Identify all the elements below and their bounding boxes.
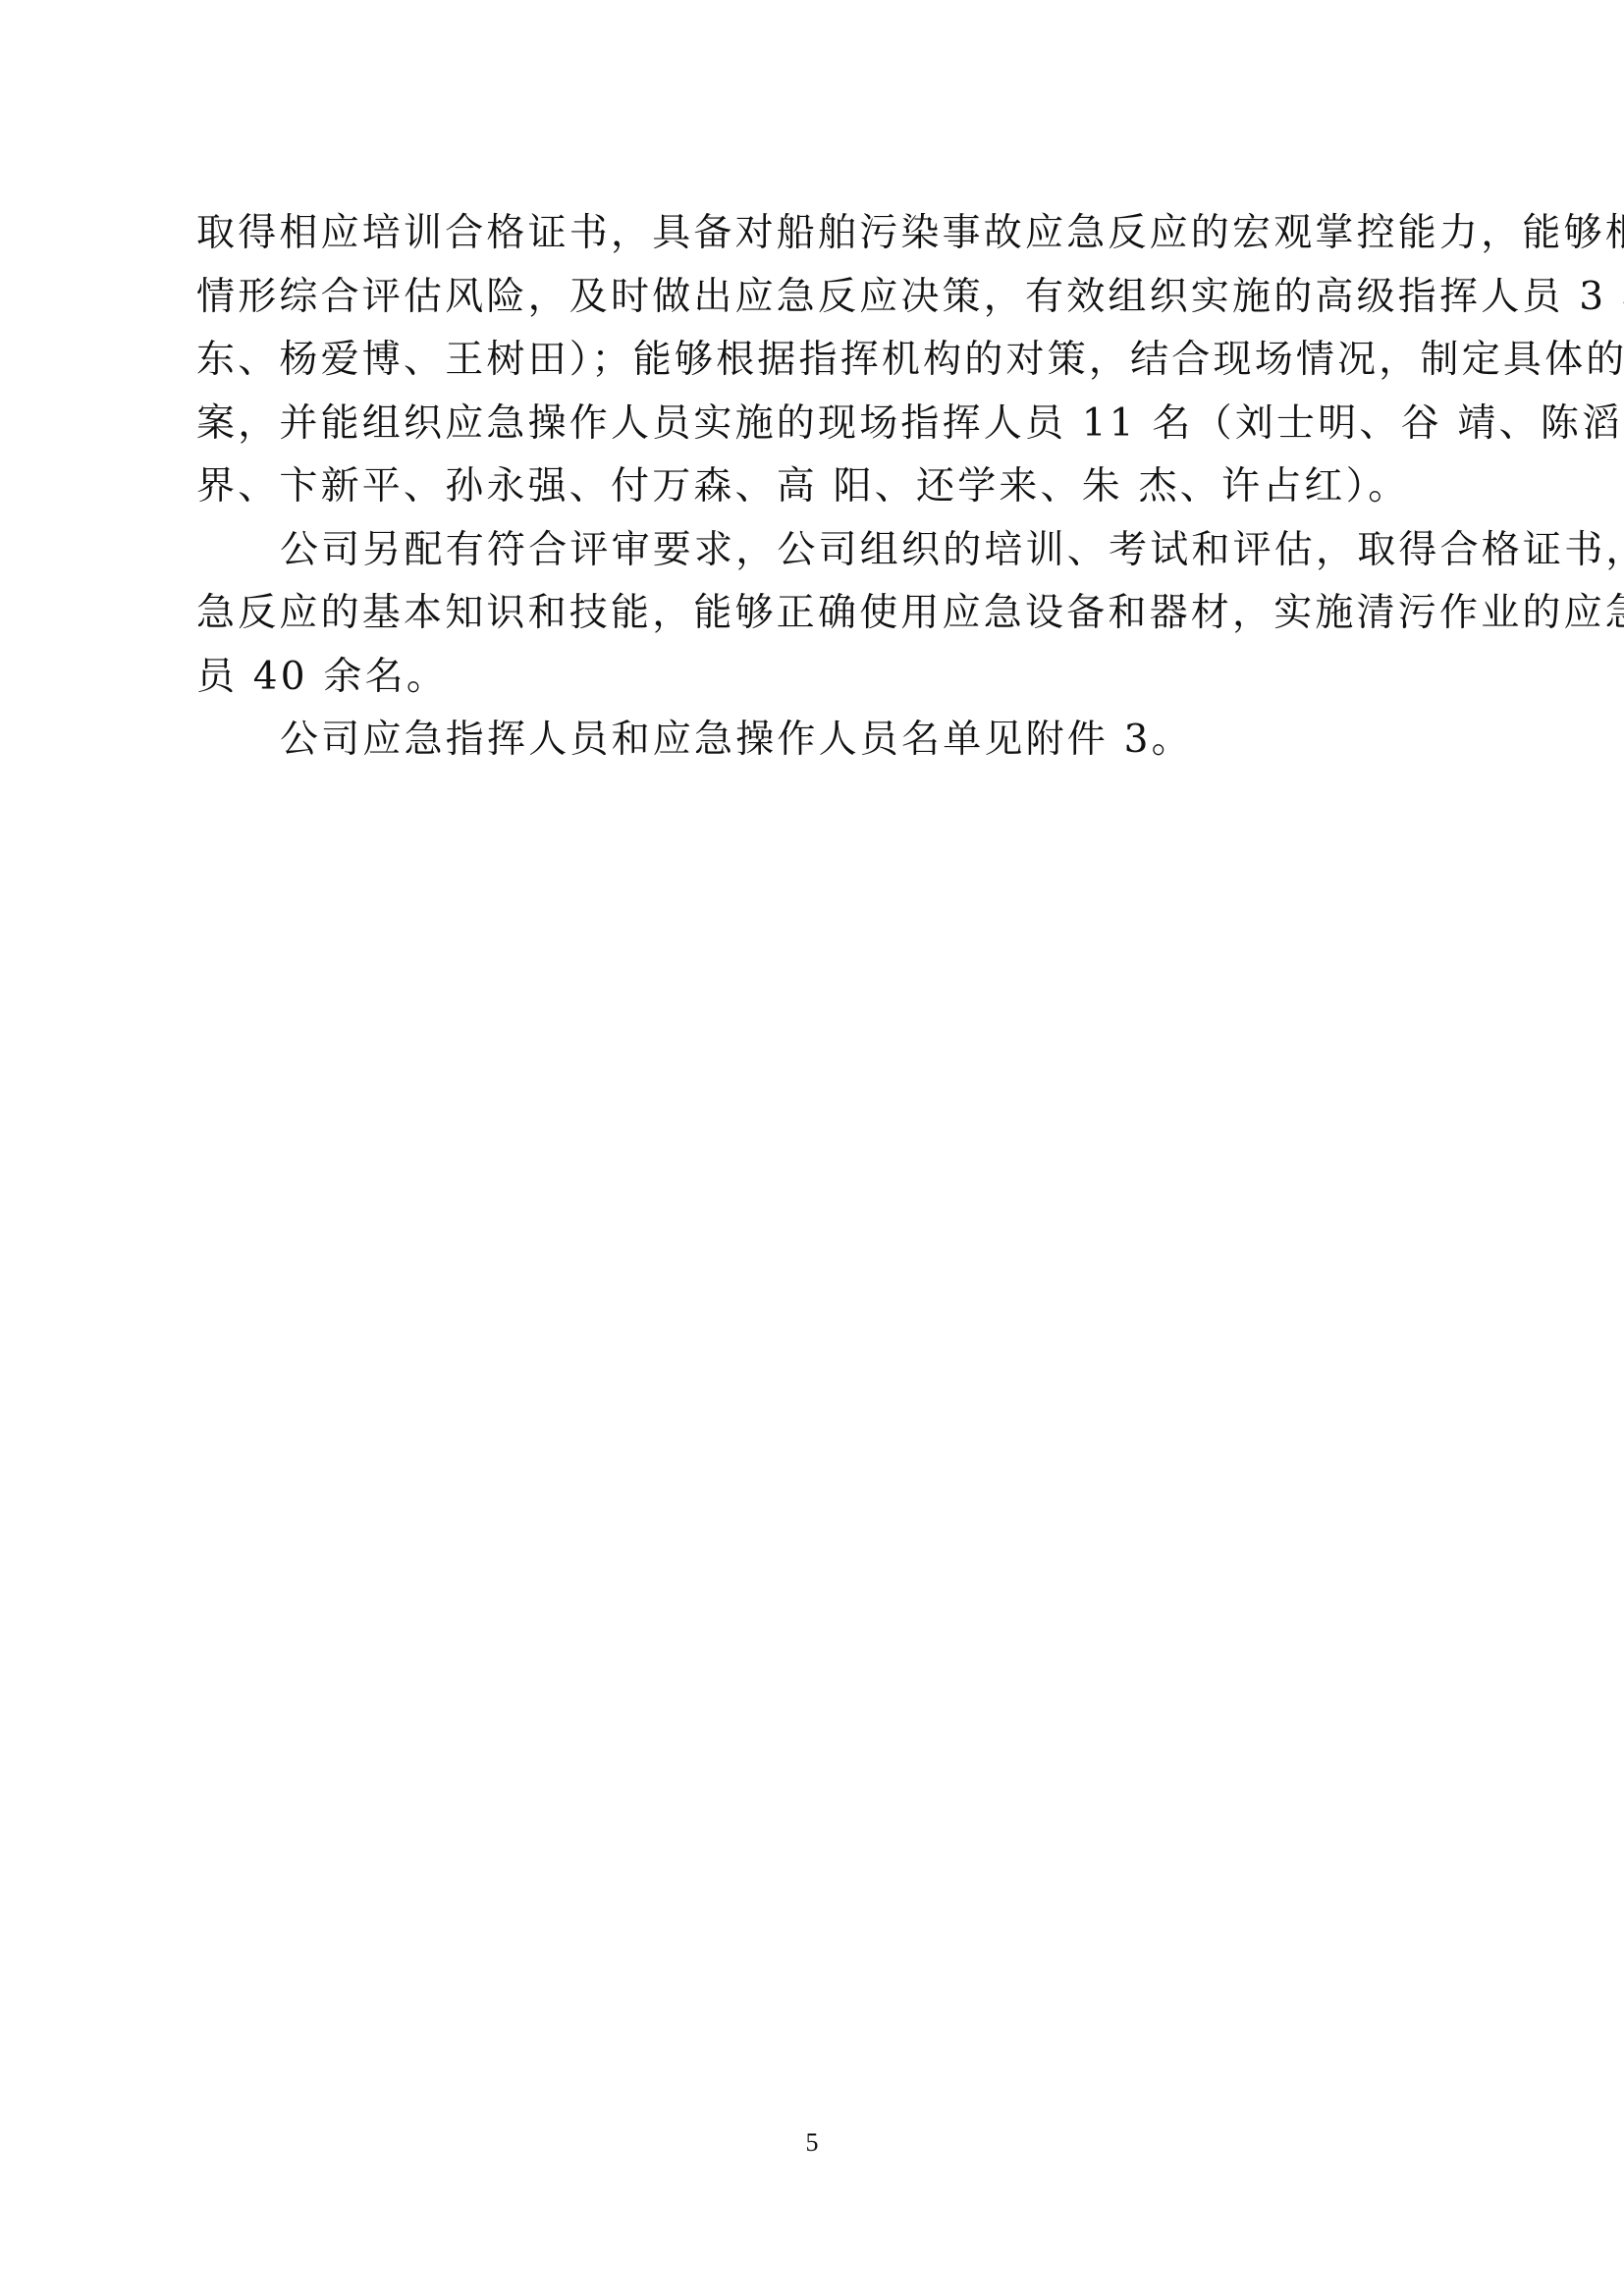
text-line: 公司另配有符合评审要求，公司组织的培训、考试和评估，取得合格证书，具备应 bbox=[196, 519, 1435, 583]
text-line: 界、卞新平、孙永强、付万森、高 阳、还学来、朱 杰、许占红）。 bbox=[196, 455, 1435, 519]
text-line: 急反应的基本知识和技能，能够正确使用应急设备和器材，实施清污作业的应急操作人 bbox=[196, 582, 1435, 646]
paragraph-personnel-commanders: 取得相应培训合格证书，具备对船舶污染事故应急反应的宏观掌控能力，能够根据事故 情… bbox=[196, 202, 1435, 519]
text-line: 案，并能组织应急操作人员实施的现场指挥人员 11 名（刘士明、谷 靖、陈滔滔、刘… bbox=[196, 393, 1435, 456]
paragraph-appendix-reference: 公司应急指挥人员和应急操作人员名单见附件 3。 bbox=[196, 709, 1435, 773]
text-line: 取得相应培训合格证书，具备对船舶污染事故应急反应的宏观掌控能力，能够根据事故 bbox=[196, 202, 1435, 266]
document-page: 取得相应培训合格证书，具备对船舶污染事故应急反应的宏观掌控能力，能够根据事故 情… bbox=[0, 0, 1624, 2296]
text-line: 东、杨爱博、王树田）；能够根据指挥机构的对策，结合现场情况，制定具体的清污方 bbox=[196, 329, 1435, 393]
page-number: 5 bbox=[0, 2128, 1624, 2158]
text-line: 员 40 余名。 bbox=[196, 646, 1435, 710]
paragraph-operators: 公司另配有符合评审要求，公司组织的培训、考试和评估，取得合格证书，具备应 急反应… bbox=[196, 519, 1435, 710]
body-text: 取得相应培训合格证书，具备对船舶污染事故应急反应的宏观掌控能力，能够根据事故 情… bbox=[196, 202, 1435, 773]
text-line: 公司应急指挥人员和应急操作人员名单见附件 3。 bbox=[196, 709, 1435, 773]
text-line: 情形综合评估风险，及时做出应急反应决策，有效组织实施的高级指挥人员 3 名（刘润 bbox=[196, 266, 1435, 330]
